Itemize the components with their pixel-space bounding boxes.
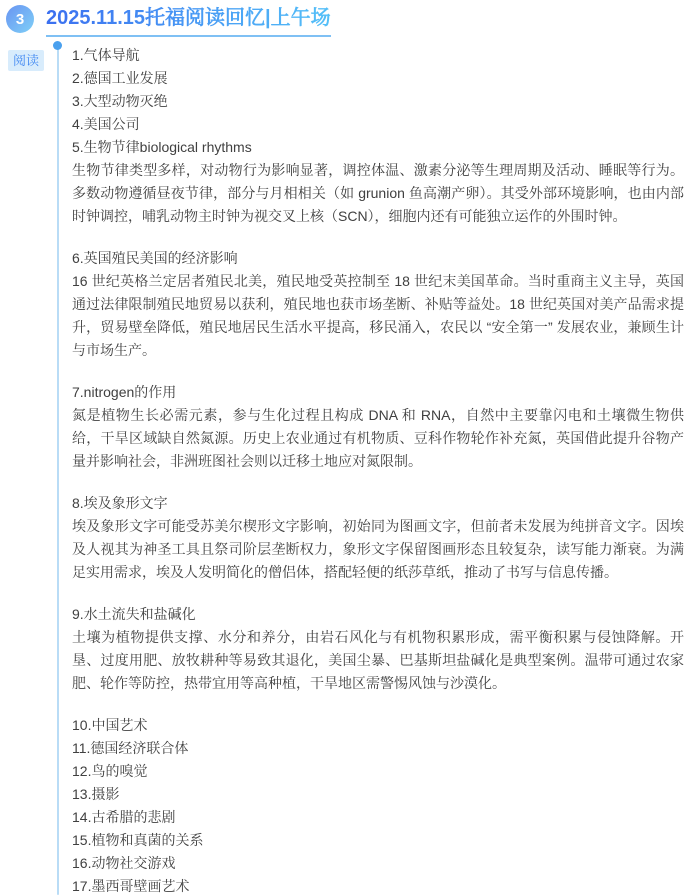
topic-heading: 9.水土流失和盐碱化 (72, 603, 684, 626)
topic-body: 生物节律类型多样，对动物行为影响显著，调控体温、激素分泌等生理周期及活动、睡眠等… (72, 159, 684, 228)
list-item: 3.大型动物灭绝 (72, 90, 684, 113)
list-item: 11.德国经济联合体 (72, 737, 684, 760)
list-item: 16.动物社交游戏 (72, 852, 684, 875)
topic-body: 氮是植物生长必需元素，参与生化过程且构成 DNA 和 RNA，自然中主要靠闪电和… (72, 404, 684, 473)
list-item: 2.德国工业发展 (72, 67, 684, 90)
list-item: 13.摄影 (72, 783, 684, 806)
list-item: 14.古希腊的悲剧 (72, 806, 684, 829)
topic-section: 5.生物节律biological rhythms生物节律类型多样，对动物行为影响… (72, 136, 684, 228)
content-list: 1.气体导航2.德国工业发展3.大型动物灭绝4.美国公司5.生物节律biolog… (72, 44, 684, 895)
list-item: 10.中国艺术 (72, 714, 684, 737)
list-item: 17.墨西哥壁画艺术 (72, 875, 684, 895)
timeline-dot (53, 41, 62, 50)
topic-body: 16 世纪英格兰定居者殖民北美，殖民地受英控制至 18 世纪末美国革命。当时重商… (72, 270, 684, 362)
topic-heading: 7.nitrogen的作用 (72, 381, 684, 404)
topic-section: 6.英国殖民美国的经济影响16 世纪英格兰定居者殖民北美，殖民地受英控制至 18… (72, 247, 684, 362)
topic-section: 7.nitrogen的作用氮是植物生长必需元素，参与生化过程且构成 DNA 和 … (72, 381, 684, 473)
topic-section: 9.水土流失和盐碱化土壤为植物提供支撑、水分和养分，由岩石风化与有机物积累形成，… (72, 603, 684, 695)
page-title-link[interactable]: 2025.11.15托福阅读回忆|上午场 (46, 5, 331, 37)
list-item: 4.美国公司 (72, 113, 684, 136)
topic-body: 土壤为植物提供支撑、水分和养分，由岩石风化与有机物积累形成，需平衡积累与侵蚀降解… (72, 626, 684, 695)
topic-heading: 8.埃及象形文字 (72, 492, 684, 515)
list-item: 12.鸟的嗅觉 (72, 760, 684, 783)
index-badge: 3 (6, 5, 34, 33)
reading-category-tag: 阅读 (8, 50, 44, 71)
topic-body: 埃及象形文字可能受苏美尔楔形文字影响，初始同为图画文字，但前者未发展为纯拼音文字… (72, 515, 684, 584)
page: 3 2025.11.15托福阅读回忆|上午场 阅读 1.气体导航2.德国工业发展… (0, 0, 690, 895)
list-item: 1.气体导航 (72, 44, 684, 67)
timeline-line (57, 46, 59, 895)
list-item: 15.植物和真菌的关系 (72, 829, 684, 852)
topic-section: 8.埃及象形文字埃及象形文字可能受苏美尔楔形文字影响，初始同为图画文字，但前者未… (72, 492, 684, 584)
topic-heading: 6.英国殖民美国的经济影响 (72, 247, 684, 270)
topic-heading: 5.生物节律biological rhythms (72, 136, 684, 159)
